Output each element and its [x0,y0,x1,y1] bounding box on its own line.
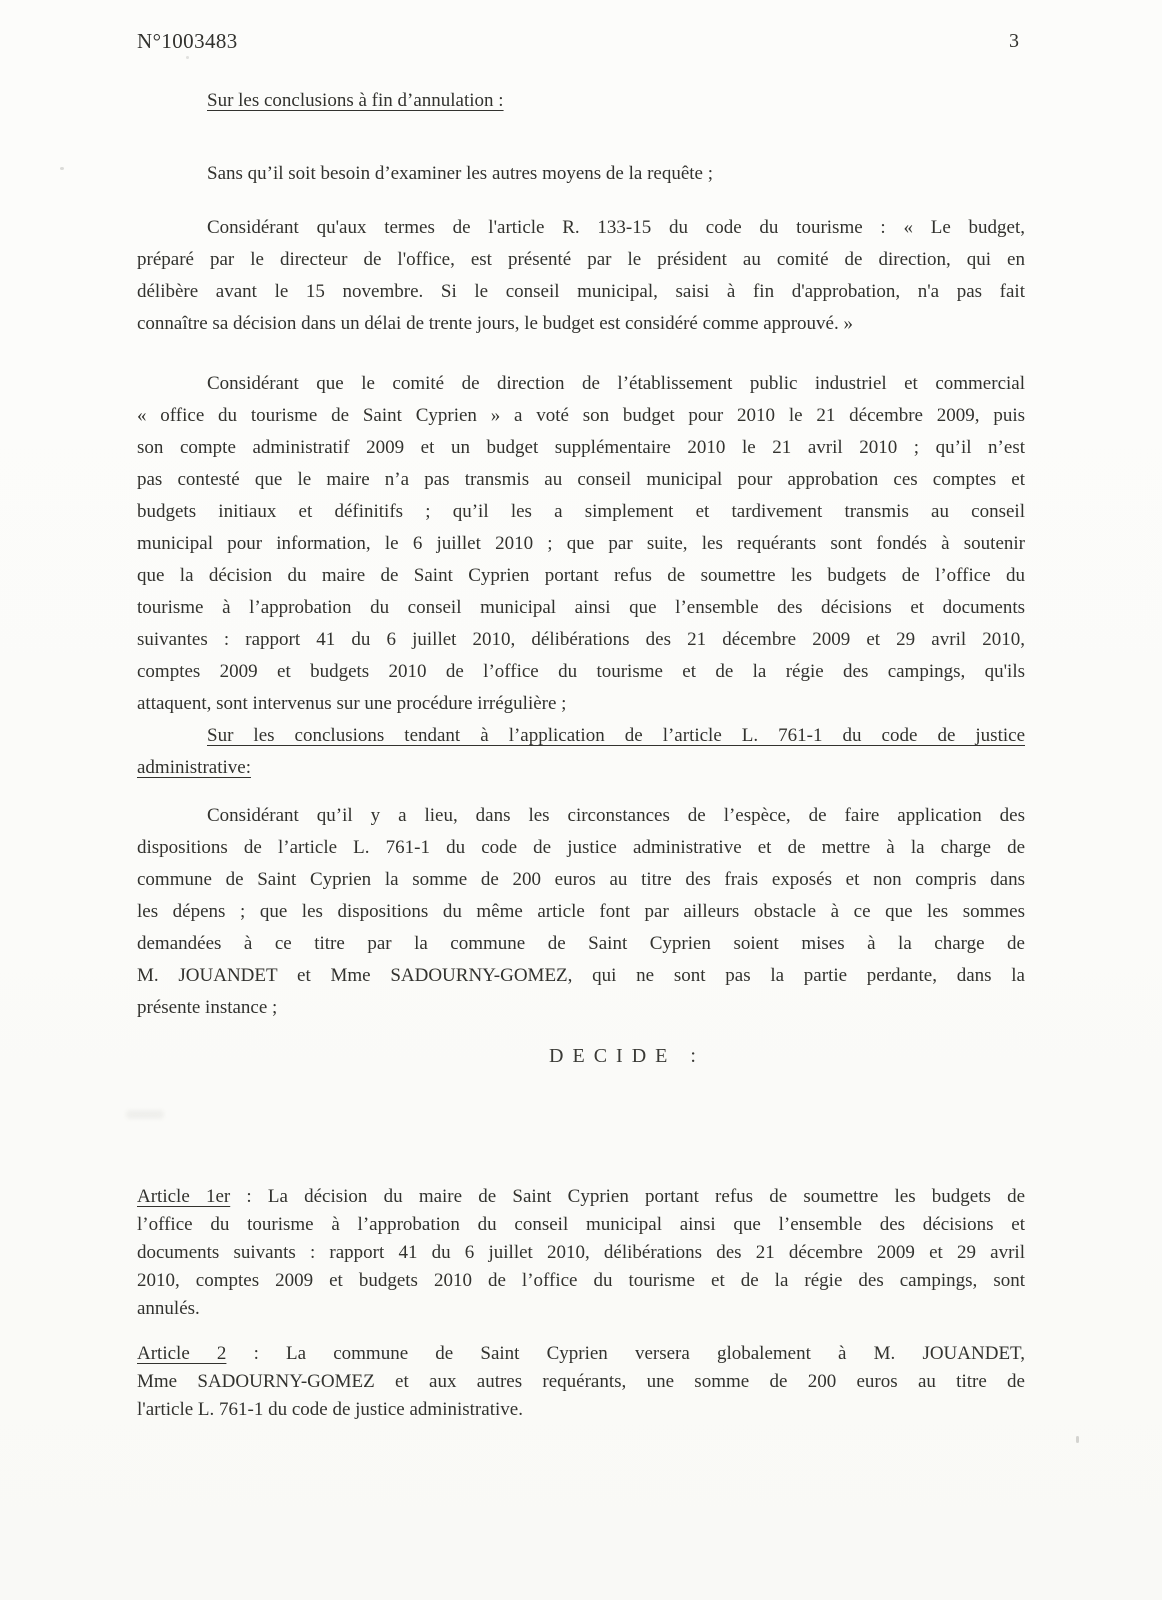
scan-speck [1076,1436,1079,1443]
article-1-first-line: Article 1er : La décision du maire de Sa… [137,1183,1025,1211]
text-line: administrative: [137,752,1025,784]
paragraph-code-tourisme: Considérant qu'aux termes de l'article R… [137,212,1025,340]
paragraph-comite-direction: Considérant que le comité de direction d… [137,368,1025,720]
article-2-first-line-text: : La commune de Saint Cyprien versera gl… [226,1343,1025,1364]
text-line: demandées à ce titre par la commune de S… [137,928,1025,960]
page-number: 3 [1009,28,1025,54]
text-line: Sur les conclusions tendant à l’applicat… [137,720,1025,752]
article-2-body: Mme SADOURNY-GOMEZ et aux autres requéra… [137,1368,1025,1424]
text-line: attaquent, sont intervenus sur une procé… [137,688,1025,720]
text-line: commune de Saint Cyprien la somme de 200… [137,864,1025,896]
article-2: Article 2 : La commune de Saint Cyprien … [137,1340,1025,1424]
case-number: N°1003483 [137,28,238,54]
text-line: les dépens ; que les dispositions du mêm… [137,896,1025,928]
text-line: Considérant qu’il y a lieu, dans les cir… [137,800,1025,832]
text-line: Mme SADOURNY-GOMEZ et aux autres requéra… [137,1368,1025,1396]
document-page: N°1003483 3 Sur les conclusions à fin d’… [0,0,1162,1600]
text-line: suivantes : rapport 41 du 6 juillet 2010… [137,624,1025,656]
text-line: Considérant qu'aux termes de l'article R… [137,212,1025,244]
text-line: 2010, comptes 2009 et budgets 2010 de l’… [137,1267,1025,1295]
scan-speck [60,167,64,170]
text-line: budgets initiaux et définitifs ; qu’il l… [137,496,1025,528]
text-line: présente instance ; [137,992,1025,1024]
text-line: pas contesté que le maire n’a pas transm… [137,464,1025,496]
article-2-label: Article 2 [137,1343,226,1364]
text-line: son compte administratif 2009 et un budg… [137,432,1025,464]
section-heading-annulation: Sur les conclusions à fin d’annulation : [137,85,1025,117]
text-line: tourisme à l’approbation du conseil muni… [137,592,1025,624]
text-line: M. JOUANDET et Mme SADOURNY-GOMEZ, qui n… [137,960,1025,992]
text-line: délibère avant le 15 novembre. Si le con… [137,276,1025,308]
text-line: « office du tourisme de Saint Cyprien » … [137,400,1025,432]
text-line: connaître sa décision dans un délai de t… [137,308,1025,340]
text-line: comptes 2009 et budgets 2010 de l’office… [137,656,1025,688]
text-line: municipal pour information, le 6 juillet… [137,528,1025,560]
article-1-label: Article 1er [137,1186,230,1207]
text-line: annulés. [137,1295,1025,1323]
scan-smudge [126,1110,164,1119]
text-line: l’office du tourisme à l’approbation du … [137,1211,1025,1239]
page-header: N°1003483 3 [137,28,1025,54]
text-line: dispositions de l’article L. 761-1 du co… [137,832,1025,864]
text-line: documents suivants : rapport 41 du 6 jui… [137,1239,1025,1267]
article-1: Article 1er : La décision du maire de Sa… [137,1183,1025,1323]
paragraph-l761: Considérant qu’il y a lieu, dans les cir… [137,800,1025,1024]
article-1-body: l’office du tourisme à l’approbation du … [137,1211,1025,1323]
text-line: préparé par le directeur de l'office, es… [137,244,1025,276]
article-2-first-line: Article 2 : La commune de Saint Cyprien … [137,1340,1025,1368]
section-heading-l761: Sur les conclusions tendant à l’applicat… [137,720,1025,784]
scan-speck [186,56,189,59]
paragraph-intro: Sans qu’il soit besoin d’examiner les au… [137,158,1025,190]
text-line: Considérant que le comité de direction d… [137,368,1025,400]
text-line: que la décision du maire de Saint Cyprie… [137,560,1025,592]
article-1-first-line-text: : La décision du maire de Saint Cyprien … [230,1186,1025,1207]
section-heading-annulation-text: Sur les conclusions à fin d’annulation : [207,90,504,111]
text-line: l'article L. 761-1 du code de justice ad… [137,1396,1025,1424]
decide-heading: DECIDE : [183,1040,1071,1072]
